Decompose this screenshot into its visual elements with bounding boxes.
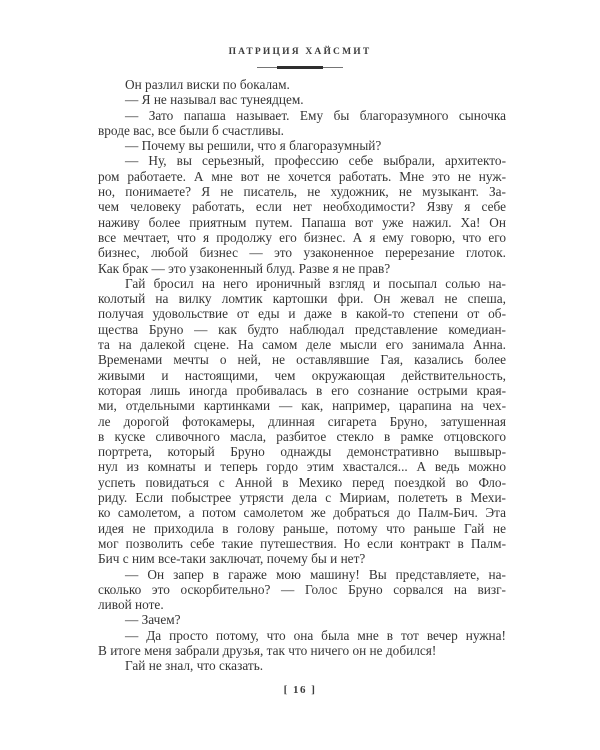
text-line: щества Бруно — как будто наблюдал предст… bbox=[98, 322, 506, 337]
text-line: В итоге меня забрали друзья, так что нич… bbox=[98, 643, 506, 658]
paragraph: — Он запер в гараже мою машину! Вы предс… bbox=[98, 567, 506, 613]
text-line: ром работаете. А мне вот не хочется рабо… bbox=[98, 169, 506, 184]
divider-thin-right bbox=[323, 67, 343, 68]
text-line: успеть повидаться с Анной в Мехико перед… bbox=[98, 475, 506, 490]
text-line: — Да просто потому, что она была мне в т… bbox=[98, 628, 506, 643]
text-line: мог позволить себе такие путешествия. Но… bbox=[98, 536, 506, 551]
paragraph: Гай бросил на него ироничный взгляд и по… bbox=[98, 276, 506, 567]
paragraph: — Да просто потому, что она была мне в т… bbox=[98, 628, 506, 659]
paragraph: — Зачем? bbox=[98, 612, 506, 627]
text-line: — Я не называл вас тунеядцем. bbox=[98, 92, 506, 107]
text-line: ле дорогой фотокамеры, длинная сигарета … bbox=[98, 414, 506, 429]
text-line: — Зато папаша называет. Ему бы благоразу… bbox=[98, 108, 506, 123]
text-line: ливой ноте. bbox=[98, 597, 506, 612]
page-number: [ 16 ] bbox=[0, 684, 600, 696]
text-line: получая удовольствие от еды и даже в как… bbox=[98, 306, 506, 321]
paragraph: Он разлил виски по бокалам. bbox=[98, 77, 506, 92]
text-line: колотый на вилку ломтик картошки фри. Он… bbox=[98, 291, 506, 306]
text-line: идея не приходила в голову раньше, потом… bbox=[98, 521, 506, 536]
text-line: вроде вас, все были б счастливы. bbox=[98, 123, 506, 138]
divider-thin-left bbox=[257, 67, 277, 68]
text-line: — Он запер в гараже мою машину! Вы предс… bbox=[98, 567, 506, 582]
text-line: но, понимаете? Я не писатель, не художни… bbox=[98, 184, 506, 199]
paragraph: Гай не знал, что сказать. bbox=[98, 658, 506, 673]
text-line: бизнес, любой бизнес — это узаконенное п… bbox=[98, 245, 506, 260]
running-header: ПАТРИЦИЯ ХАЙСМИТ bbox=[0, 47, 600, 57]
text-line: Гай бросил на него ироничный взгляд и по… bbox=[98, 276, 506, 291]
text-line: Как брак — это узаконенный блуд. Разве я… bbox=[98, 261, 506, 276]
text-line: Гай не знал, что сказать. bbox=[98, 658, 506, 673]
text-line: Он разлил виски по бокалам. bbox=[98, 77, 506, 92]
text-line: — Почему вы решили, что я благоразумный? bbox=[98, 138, 506, 153]
header-divider bbox=[257, 65, 343, 69]
text-line: риду. Если побыстрее утрясти дела с Мири… bbox=[98, 490, 506, 505]
text-line: портрета, который Бруно однажды демонстр… bbox=[98, 444, 506, 459]
text-line: — Зачем? bbox=[98, 612, 506, 627]
text-line: все мечтает, что я продолжу его бизнес. … bbox=[98, 230, 506, 245]
text-line: чем человеку работать, если нет необходи… bbox=[98, 199, 506, 214]
text-line: ко самолетом, а потом самолетом же добра… bbox=[98, 505, 506, 520]
paragraph: — Я не называл вас тунеядцем. bbox=[98, 92, 506, 107]
book-page: ПАТРИЦИЯ ХАЙСМИТ Он разлил виски по бока… bbox=[0, 0, 600, 750]
text-line: ми, отдельными картинками — как, наприме… bbox=[98, 398, 506, 413]
paragraph: — Ну, вы серьезный, профессию себе выбра… bbox=[98, 153, 506, 275]
text-line: — Ну, вы серьезный, профессию себе выбра… bbox=[98, 153, 506, 168]
paragraph: — Зато папаша называет. Ему бы благоразу… bbox=[98, 108, 506, 139]
text-line: в куске сливочного масла, разбитое стекл… bbox=[98, 429, 506, 444]
text-block: Он разлил виски по бокалам.— Я не называ… bbox=[98, 77, 506, 674]
text-line: Бич с ним все-таки заключат, почему бы и… bbox=[98, 551, 506, 566]
text-line: та на далекой сцене. На самом деле мысли… bbox=[98, 337, 506, 352]
text-line: Временами мечты о ней, не оставлявшие Га… bbox=[98, 352, 506, 367]
divider-thick-center bbox=[277, 66, 323, 69]
paragraph: — Почему вы решили, что я благоразумный? bbox=[98, 138, 506, 153]
text-line: живыми и настоящими, чем окружающая дейс… bbox=[98, 368, 506, 383]
text-line: сколько это оскорбительно? — Голос Бруно… bbox=[98, 582, 506, 597]
text-line: наживу более приятным путем. Папаша вот … bbox=[98, 215, 506, 230]
text-line: которая лишь иногда пробивалась в его со… bbox=[98, 383, 506, 398]
text-line: нул из комнаты и теперь гордо этим хваст… bbox=[98, 459, 506, 474]
